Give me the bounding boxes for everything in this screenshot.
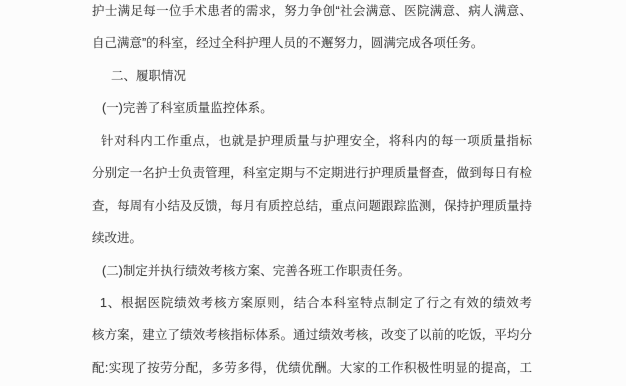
- paragraph-line: 自己满意”的科室，经过全科护理人员的不邂努力，圆满完成各项任务。: [92, 27, 532, 59]
- paragraph-line: 续改进。: [92, 222, 532, 254]
- paragraph-line: 查，每周有小结及反馈，每月有质控总结，重点问题跟踪监测，保持护理质量持: [92, 190, 532, 222]
- subsection-heading-line: (一)完善了科室质量监控体系。: [92, 92, 532, 124]
- paragraph-line: 护士满足每一位手术患者的需求，努力争创“社会满意、医院满意、病人满意、: [92, 0, 532, 27]
- numbered-item-line: 1、根据医院绩效考核方案原则，结合本科室特点制定了行之有效的绩效考: [92, 287, 532, 319]
- section-heading-line: 二、履职情况: [92, 60, 532, 92]
- paragraph-line: 针对科内工作重点，也就是护理质量与护理安全，将科内的每一项质量指标: [92, 125, 532, 157]
- paragraph-line: 核方案，建立了绩效考核指标体系。通过绩效考核，改变了以前的吃饭，平均分: [92, 319, 532, 351]
- paragraph-line: 配:实现了按劳分配，多劳多得，优绩优酬。大家的工作积极性明显的提高，工: [92, 352, 532, 384]
- document-page: 护士满足每一位手术患者的需求，努力争创“社会满意、医院满意、病人满意、 自己满意…: [92, 0, 532, 384]
- subsection-heading-line: (二)制定并执行绩效考核方案、完善各班工作职责任务。: [92, 255, 532, 287]
- paragraph-line: 分别定一名护士负责管理，科室定期与不定期进行护理质量督查，做到每日有检: [92, 157, 532, 189]
